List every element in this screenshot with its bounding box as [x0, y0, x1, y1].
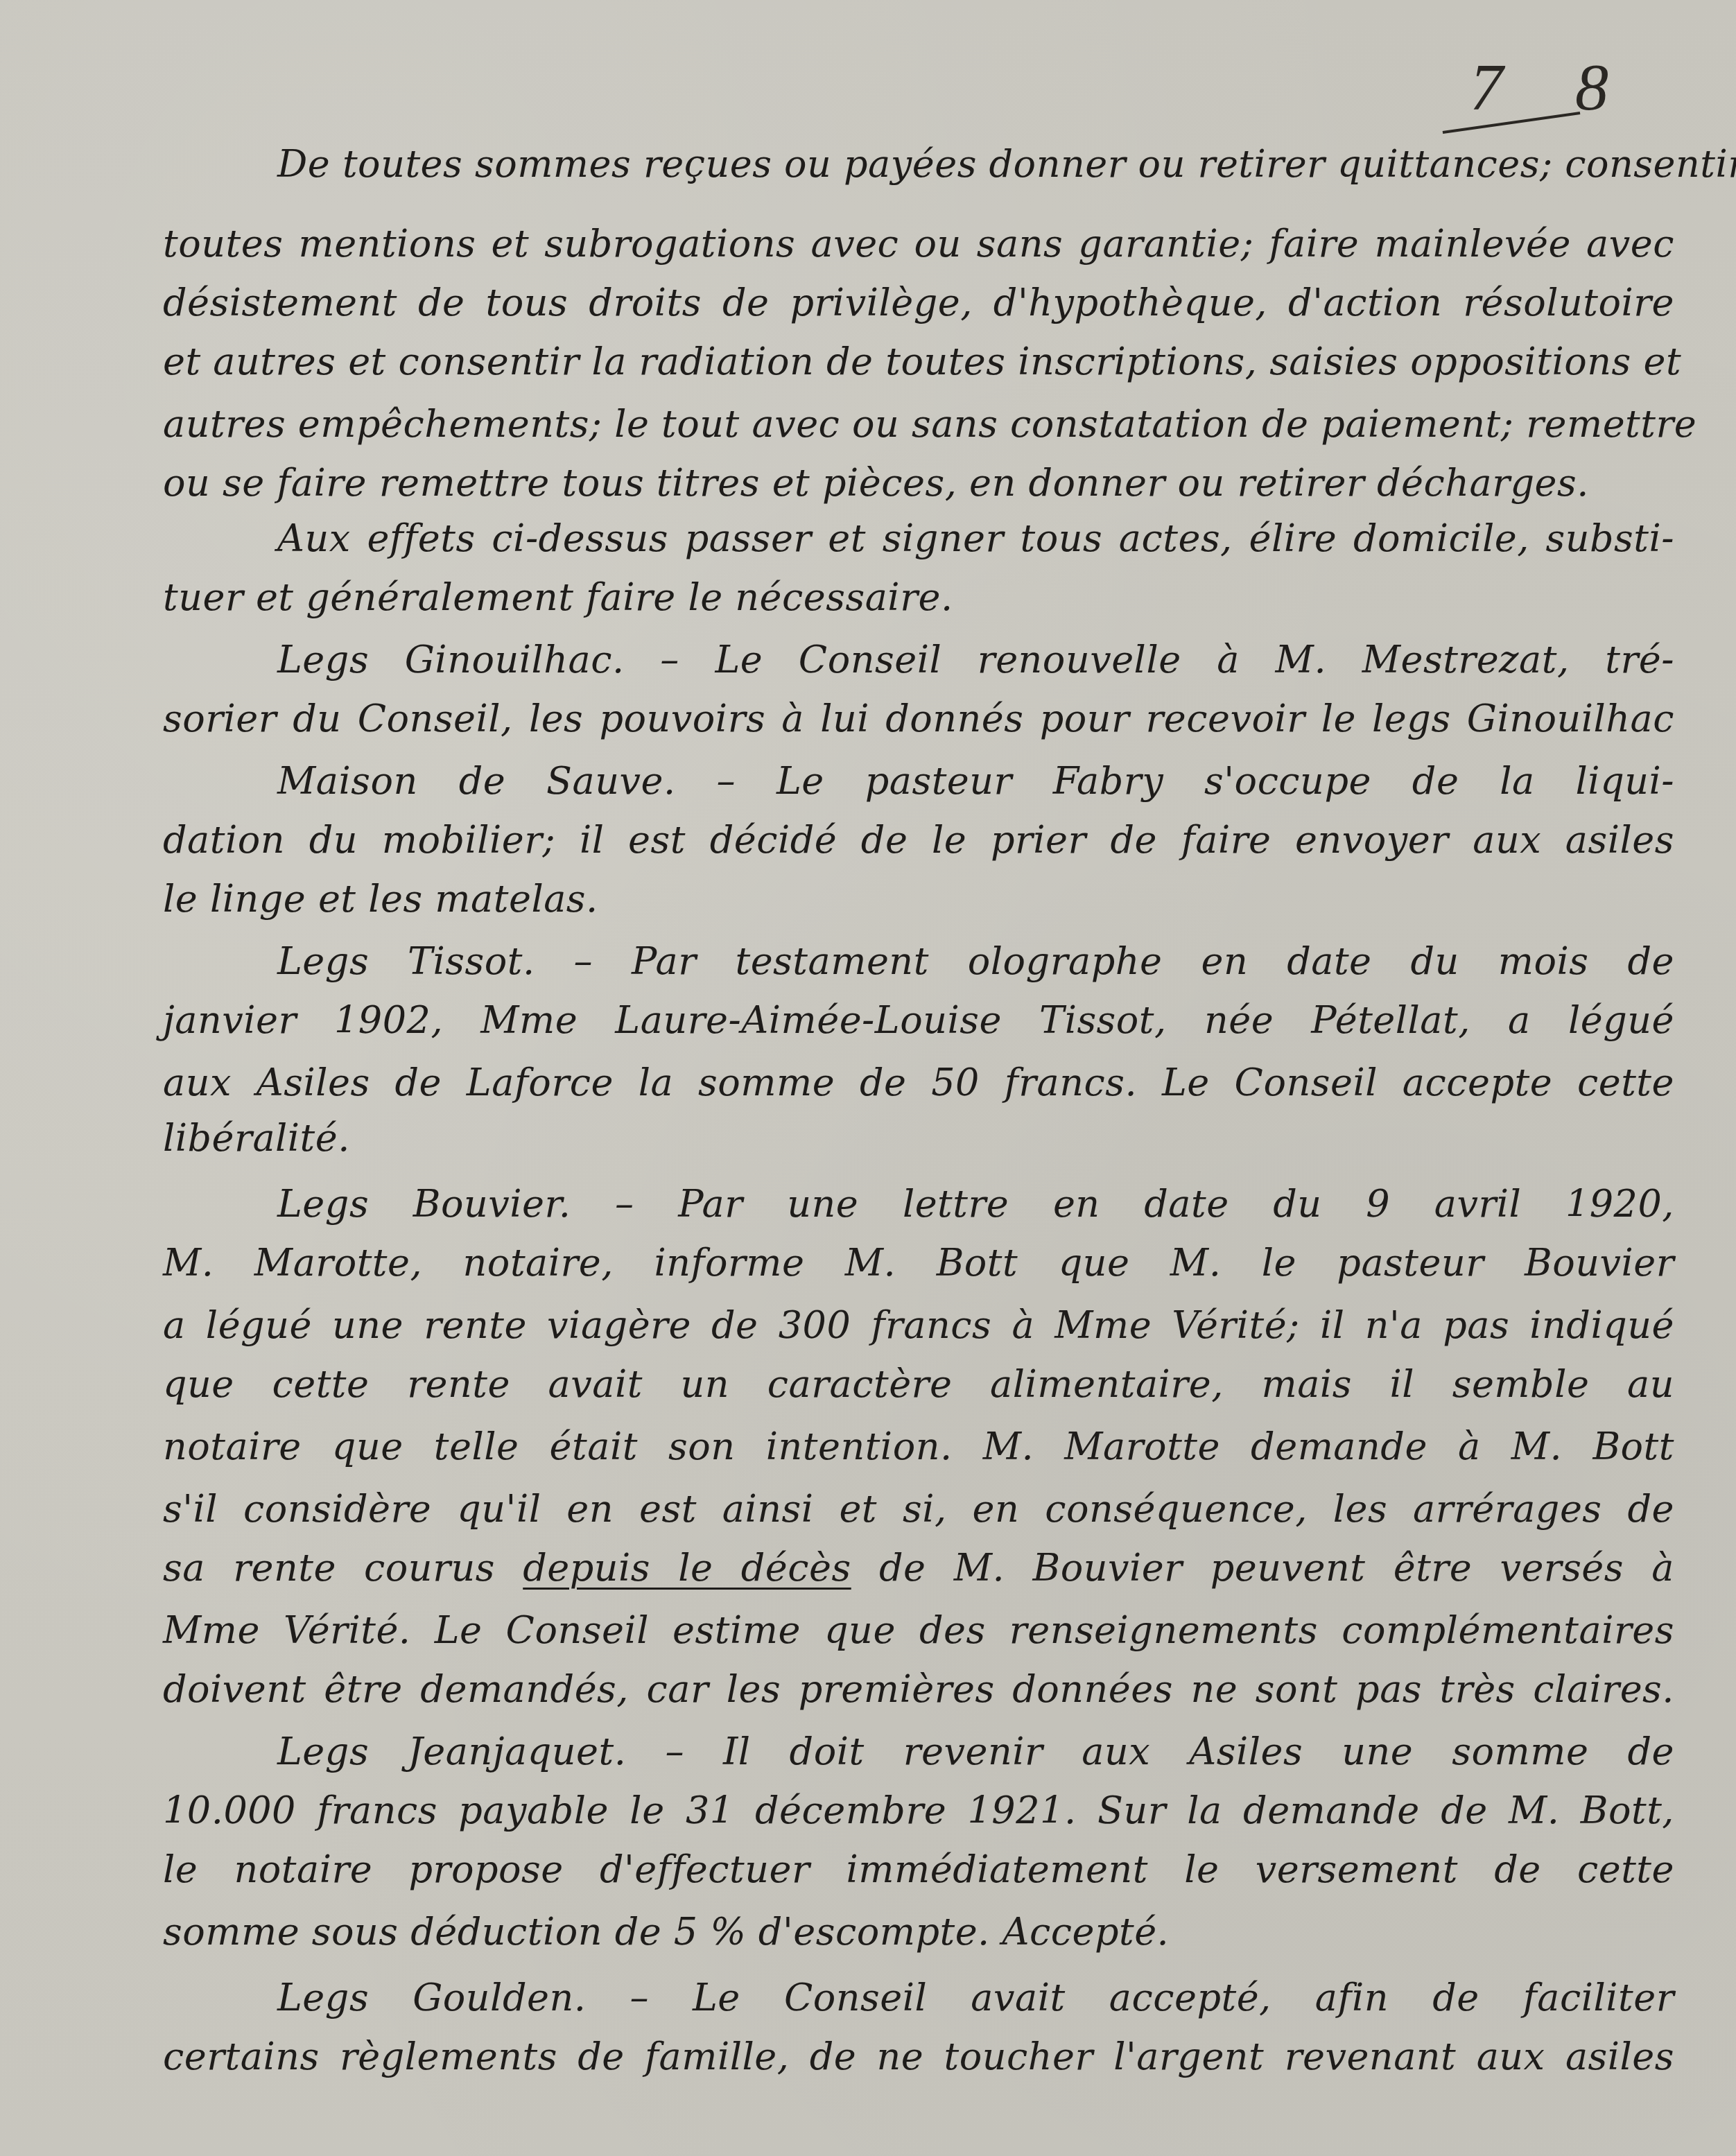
- text-line: De toutes sommes reçues ou payées donner…: [277, 142, 1674, 186]
- text-line: autres empêchements; le tout avec ou san…: [163, 402, 1674, 446]
- text-line: libéralité.: [163, 1116, 1674, 1160]
- text-line: somme sous déduction de 5 % d'escompte. …: [163, 1910, 1674, 1954]
- text-line: dation du mobilier; il est décidé de le …: [163, 818, 1674, 862]
- section-heading-maison-de-sauve: Maison de Sauve. – Le pasteur Fabry s'oc…: [277, 759, 1674, 803]
- text-line: toutes mentions et subrogations avec ou …: [163, 222, 1674, 266]
- section-heading-legs-bouvier: Legs Bouvier. – Par une lettre en date d…: [277, 1182, 1674, 1226]
- text-line: janvier 1902, Mme Laure-Aimée-Louise Tis…: [163, 998, 1674, 1043]
- section-heading-legs-ginouilhac: Legs Ginouilhac. – Le Conseil renouvelle…: [277, 638, 1674, 682]
- text-line: que cette rente avait un caractère alime…: [163, 1362, 1674, 1407]
- text-line: certains règlements de famille, de ne to…: [163, 2035, 1674, 2079]
- text-line: le linge et les matelas.: [163, 877, 1674, 921]
- text-line: s'il considère qu'il en est ainsi et si,…: [163, 1487, 1674, 1531]
- text-line: tuer et généralement faire le nécessaire…: [163, 575, 1674, 620]
- text-line: M. Marotte, notaire, informe M. Bott que…: [163, 1241, 1674, 1285]
- manuscript-page: 7 8 De toutes sommes reçues ou payées do…: [0, 0, 1736, 2156]
- underlined-phrase: depuis le décès: [523, 1546, 851, 1590]
- page-number: 7 8: [1470, 49, 1636, 125]
- text-line-with-underline: sa rente courus depuis le décès de M. Bo…: [163, 1546, 1674, 1590]
- text-line: le notaire propose d'effectuer immédiate…: [163, 1848, 1674, 1892]
- text-line: Mme Vérité. Le Conseil estime que des re…: [163, 1608, 1674, 1653]
- text-line: sorier du Conseil, les pouvoirs à lui do…: [163, 697, 1674, 741]
- section-heading-legs-goulden: Legs Goulden. – Le Conseil avait accepté…: [277, 1976, 1674, 2020]
- text-line: doivent être demandés, car les premières…: [163, 1667, 1674, 1712]
- text-line: Aux effets ci-dessus passer et signer to…: [277, 516, 1674, 561]
- text-line: désistement de tous droits de privilège,…: [163, 281, 1674, 325]
- text-line: 10.000 francs payable le 31 décembre 192…: [163, 1789, 1674, 1833]
- section-heading-legs-tissot: Legs Tissot. – Par testament olographe e…: [277, 939, 1674, 984]
- text-line: aux Asiles de Laforce la somme de 50 fra…: [163, 1061, 1674, 1105]
- text-line: a légué une rente viagère de 300 francs …: [163, 1303, 1674, 1348]
- section-heading-legs-jeanjaquet: Legs Jeanjaquet. – Il doit revenir aux A…: [277, 1730, 1674, 1774]
- text-line: ou se faire remettre tous titres et pièc…: [163, 461, 1674, 505]
- text-line: notaire que telle était son intention. M…: [163, 1425, 1674, 1469]
- text-line: et autres et consentir la radiation de t…: [163, 340, 1674, 384]
